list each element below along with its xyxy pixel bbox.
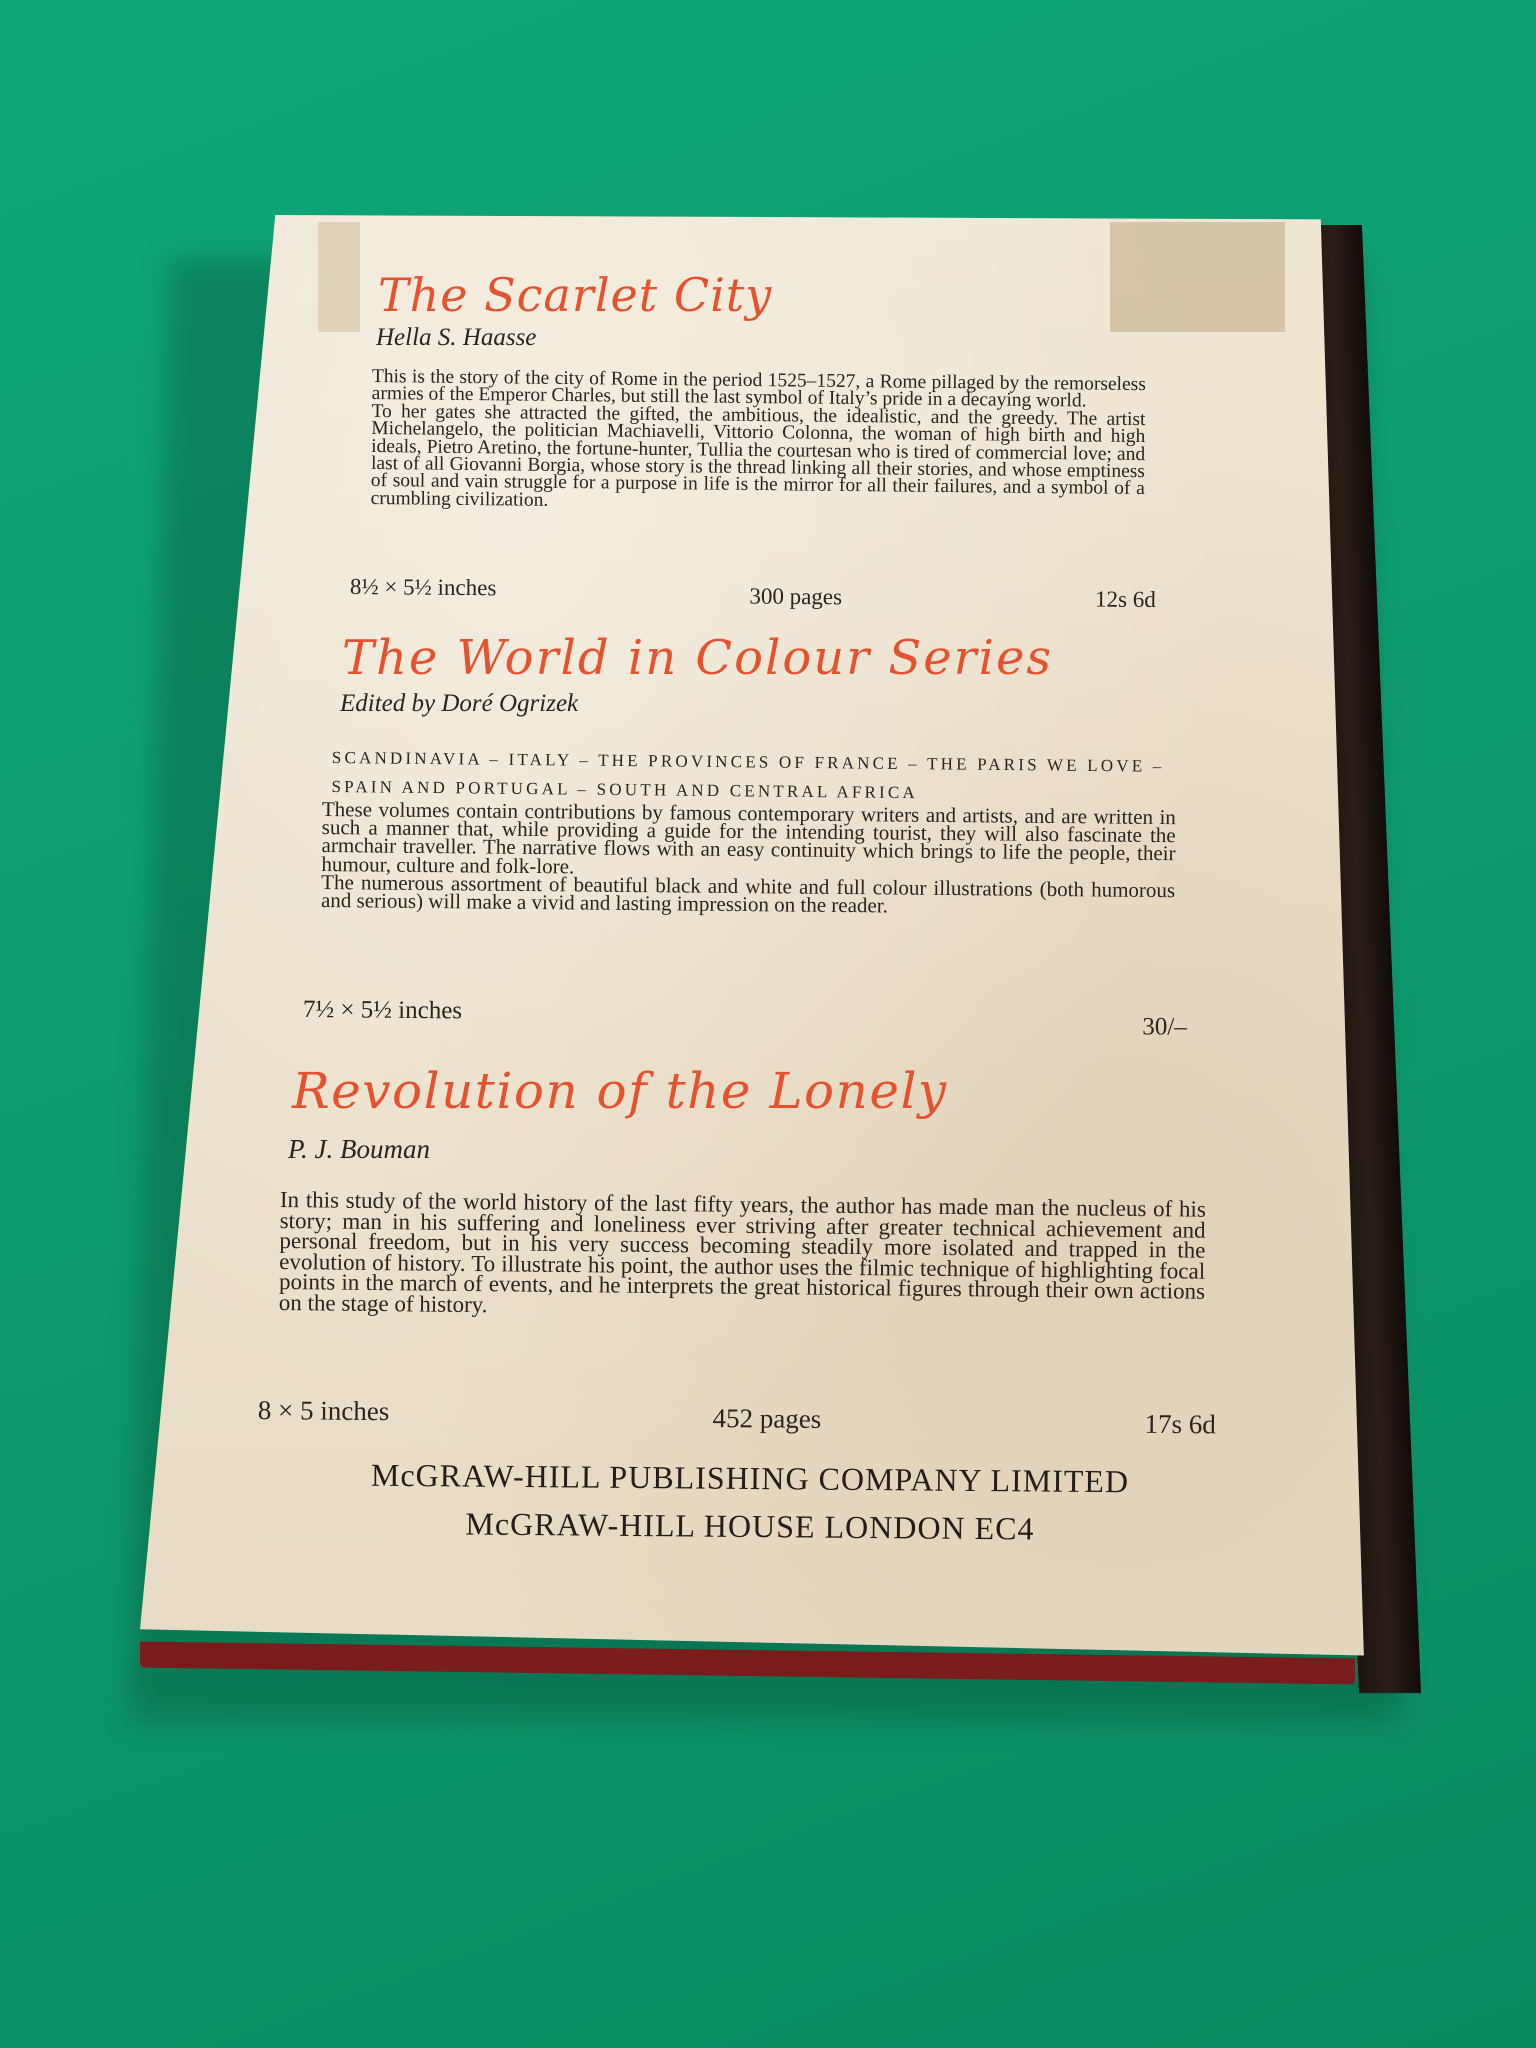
book-title: The World in Colour Series (342, 630, 1053, 686)
book-size: 8½ × 5½ inches (350, 574, 497, 601)
description-paragraph: These volumes contain contributions by f… (321, 800, 1176, 881)
book-size: 7½ × 5½ inches (303, 996, 462, 1025)
book-specs: 8 × 5 inches 452 pages 17s 6d (258, 1395, 1216, 1434)
book-description: This is the story of the city of Rome in… (371, 368, 1146, 515)
publisher-name: McGRAW-HILL PUBLISHING COMPANY LIMITED (280, 1456, 1220, 1501)
book-description: These volumes contain contributions by f… (321, 800, 1176, 917)
book-title: Revolution of the Lonely (292, 1062, 948, 1120)
book-size: 8 × 5 inches (258, 1395, 390, 1427)
book-editor: Edited by Doré Ogrizek (340, 690, 578, 718)
book-author: P. J. Bouman (288, 1134, 430, 1165)
book-title: The Scarlet City (378, 268, 772, 322)
description-paragraph: To her gates she attracted the gifted, t… (371, 403, 1146, 516)
book-specs: 7½ × 5½ inches 30/– (303, 996, 1187, 1032)
cover-content: The Scarlet City Hella S. Haasse This is… (0, 0, 1536, 2048)
book-pages: 452 pages (712, 1403, 821, 1435)
book-pages: 300 pages (749, 583, 842, 610)
description-paragraph: The numerous assortment of beautiful bla… (321, 873, 1175, 918)
book-description: In this study of the world history of th… (279, 1190, 1206, 1323)
publisher-address: McGRAW-HILL HOUSE LONDON EC4 (280, 1504, 1220, 1549)
book-price: 30/– (1142, 1013, 1187, 1041)
book-price: 17s 6d (1144, 1409, 1216, 1441)
description-paragraph: In this study of the world history of th… (279, 1190, 1206, 1323)
book-specs: 8½ × 5½ inches 300 pages 12s 6d (350, 574, 1156, 607)
book-author: Hella S. Haasse (376, 324, 536, 352)
book-price: 12s 6d (1095, 587, 1156, 614)
